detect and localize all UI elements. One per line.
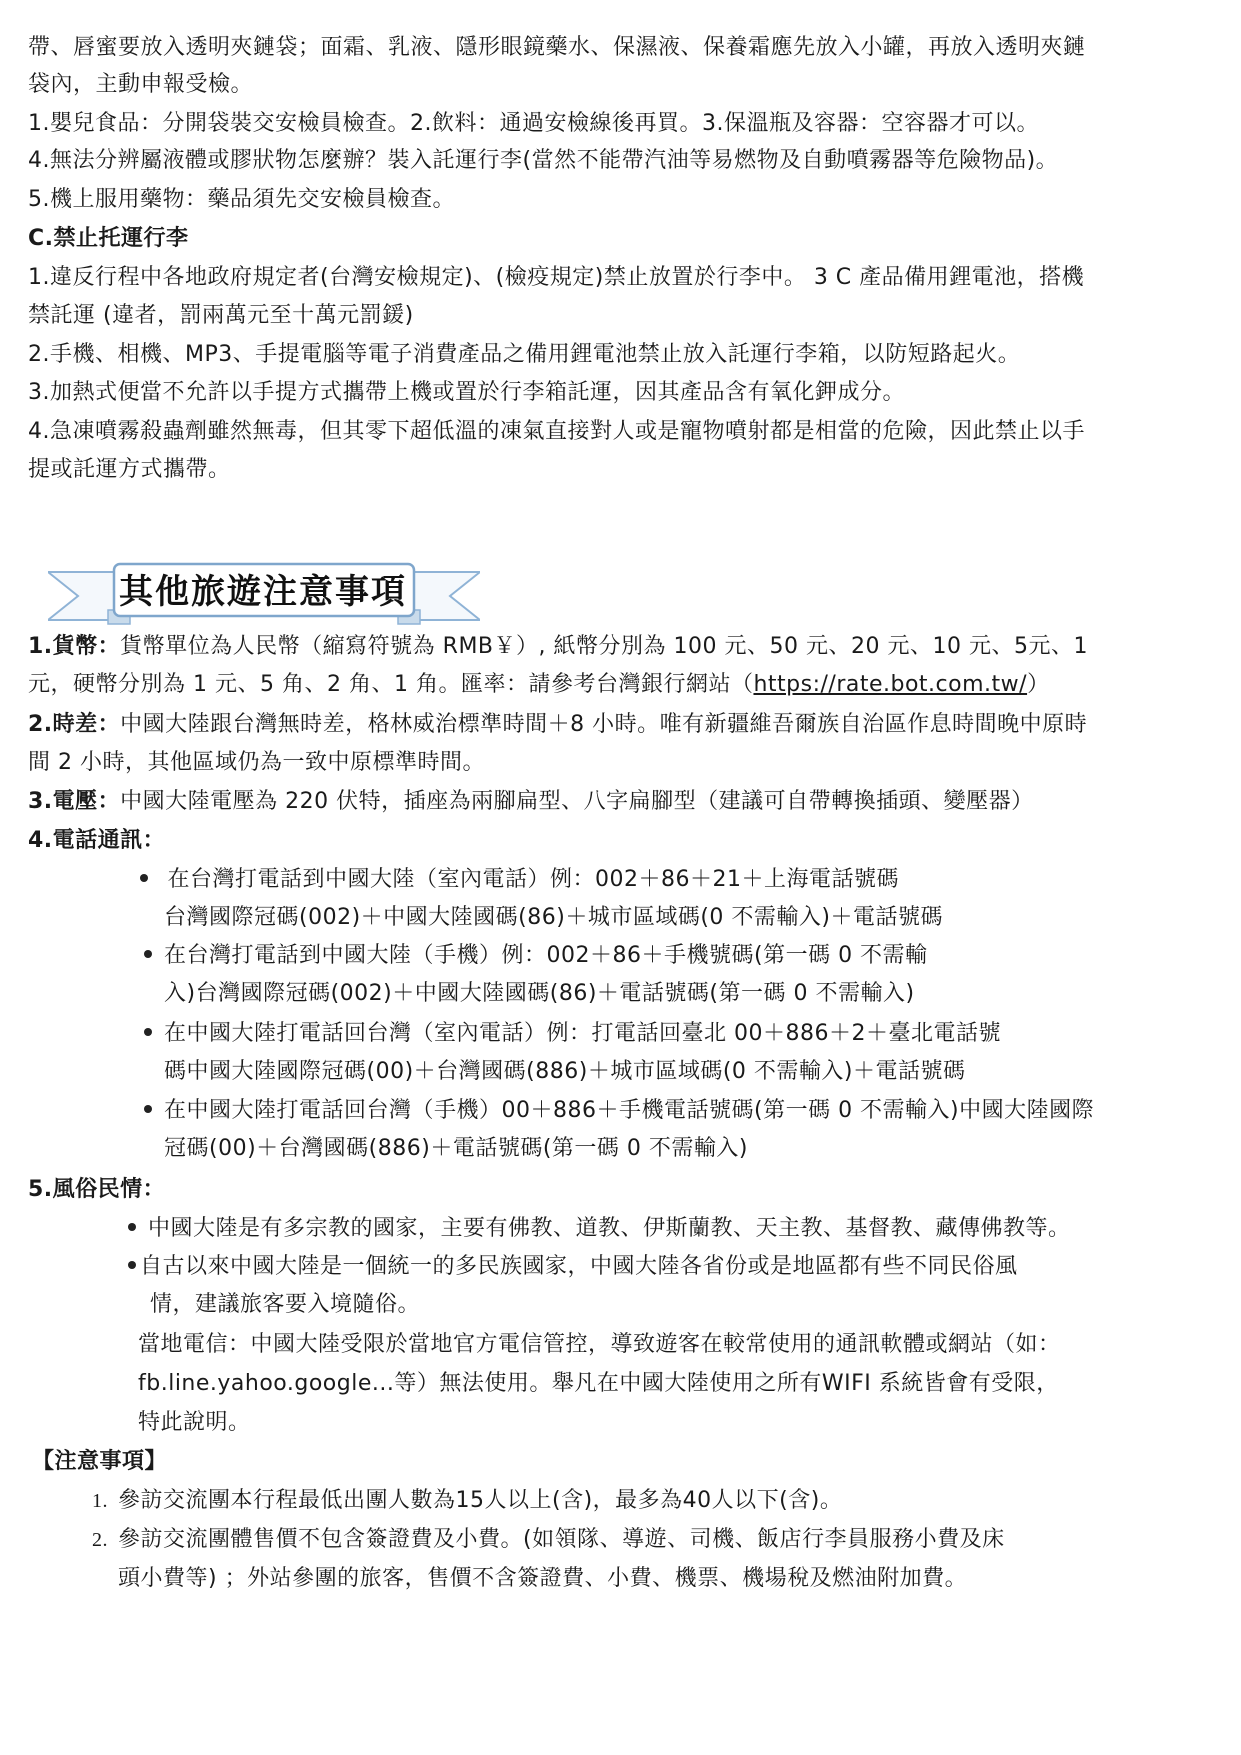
note-text: 參訪交流團體售價不包含簽證費及小費。(如領隊、導遊、司機、飯店行李員服務小費及床 — [118, 1527, 1005, 1552]
customs-item: 自古以來中國大陸是一個統一的多民族國家，中國大陸各省份或是地區都有些不同民俗風 — [128, 1252, 1018, 1282]
timezone-label: 2.時差： — [28, 712, 120, 737]
note-text: 參訪交流團本行程最低出團人數為15人以上(含)，最多為40人以下(含)。 — [118, 1488, 842, 1513]
voltage-label: 3.電壓： — [28, 789, 120, 814]
currency-text: 貨幣單位為人民幣（縮寫符號為 RMB￥）, 紙幣分別為 100 元、50 元、2… — [120, 634, 1088, 659]
telecom-item: 在中國大陸打電話回台灣（室內電話）例：打電話回臺北 00＋886＋2＋臺北電話號 — [144, 1019, 1001, 1049]
customs-item: 中國大陸是有多宗教的國家，主要有佛教、道教、伊斯蘭教、天主教、基督教、藏傳佛教等… — [128, 1214, 1071, 1244]
currency-label: 1.貨幣： — [28, 634, 120, 659]
body-text-line: 帶、唇蜜要放入透明夾鏈袋；面霜、乳液、隱形眼鏡藥水、保濕液、保養霜應先放入小罐，… — [28, 33, 1086, 63]
body-text-line: 提或託運方式攜帶。 — [28, 455, 231, 485]
body-text-line: 袋內，主動申報受檢。 — [28, 70, 253, 100]
timezone-line-2: 間 2 小時，其他區域仍為一致中原標準時間。 — [28, 748, 485, 778]
body-text-line: 3.加熱式便當不允許以手提方式攜帶上機或置於行李箱託運，因其產品含有氧化鉀成分。 — [28, 378, 905, 408]
timezone-line-1: 2.時差：中國大陸跟台灣無時差，格林威治標準時間＋8 小時。唯有新疆維吾爾族自治… — [28, 710, 1087, 740]
body-text-line: 1.嬰兒食品：分開袋裝交安檢員檢查。2.飲料：通過安檢線後再買。3.保溫瓶及容器… — [28, 109, 1039, 139]
telecom-item-line2: 冠碼(00)＋台灣國碼(886)＋電話號碼(第一碼 0 不需輸入) — [164, 1134, 748, 1164]
currency-text: 元，硬幣分別為 1 元、5 角、2 角、1 角。匯率：請參考台灣銀行網站（ — [28, 672, 753, 697]
telecom-item-line2: 台灣國際冠碼(002)＋中國大陸國碼(86)＋城市區域碼(0 不需輸入)＋電話號… — [164, 903, 943, 933]
telecom-item: 在中國大陸打電話回台灣（手機）00＋886＋手機電話號碼(第一碼 0 不需輸入)… — [144, 1096, 1094, 1126]
banner-title: 其他旅遊注意事項 — [118, 570, 408, 614]
body-text-line: 禁託運 (違者，罰兩萬元至十萬元罰鍰) — [28, 301, 414, 331]
notes-title: 【注意事項】 — [32, 1447, 167, 1477]
customs-label: 5.風俗民情： — [28, 1175, 165, 1205]
currency-line-2: 元，硬幣分別為 1 元、5 角、2 角、1 角。匯率：請參考台灣銀行網站（htt… — [28, 670, 1050, 700]
body-text-line: 1.違反行程中各地政府規定者(台灣安檢規定)、(檢疫規定)禁止放置於行李中。 3… — [28, 263, 1084, 293]
note-item-line2: 頭小費等) ；外站參團的旅客，售價不含簽證費、小費、機票、機場稅及燃油附加費。 — [118, 1564, 967, 1594]
body-text-line: 4.急凍噴霧殺蟲劑雖然無毒，但其零下超低溫的凍氣直接對人或是寵物噴射都是相當的危… — [28, 417, 1085, 447]
telecom-item-text: 在台灣打電話到中國大陸（手機）例：002＋86＋手機號碼(第一碼 0 不需輸 — [164, 943, 928, 968]
body-text-line: 5.機上服用藥物：藥品須先交安檢員檢查。 — [28, 185, 455, 215]
note-number: 2. — [92, 1525, 118, 1555]
bullet-icon — [128, 1223, 136, 1231]
telecom-item: 在台灣打電話到中國大陸（室內電話）例：002＋86＋21＋上海電話號碼 — [140, 865, 899, 895]
bullet-icon — [140, 874, 148, 882]
exchange-rate-link[interactable]: https://rate.bot.com.tw/ — [753, 672, 1027, 697]
note-item: 2.參訪交流團體售價不包含簽證費及小費。(如領隊、導遊、司機、飯店行李員服務小費… — [92, 1525, 1005, 1555]
body-text-line: 4.無法分辨屬液體或膠狀物怎麼辦？裝入託運行李(當然不能帶汽油等易燃物及自動噴霧… — [28, 146, 1058, 176]
telecom-item: 在台灣打電話到中國大陸（手機）例：002＋86＋手機號碼(第一碼 0 不需輸 — [144, 941, 928, 971]
telecom-item-text: 在中國大陸打電話回台灣（手機）00＋886＋手機電話號碼(第一碼 0 不需輸入)… — [164, 1098, 1094, 1123]
telecom-item-line2: 入)台灣國際冠碼(002)＋中國大陸國碼(86)＋電話號碼(第一碼 0 不需輸入… — [164, 979, 915, 1009]
note-item: 1.參訪交流團本行程最低出團人數為15人以上(含)，最多為40人以下(含)。 — [92, 1486, 842, 1516]
bullet-icon — [144, 1028, 152, 1036]
telecom-item-text: 在中國大陸打電話回台灣（室內電話）例：打電話回臺北 00＋886＋2＋臺北電話號 — [164, 1021, 1001, 1046]
voltage-text: 中國大陸電壓為 220 伏特，插座為兩腳扁型、八字扁腳型（建議可自帶轉換插頭、變… — [120, 789, 1033, 814]
telecom-note-line: fb.line.yahoo.google...等）無法使用。舉凡在中國大陸使用之… — [138, 1369, 1059, 1399]
body-text-line: 2.手機、相機、MP3、手提電腦等電子消費產品之備用鋰電池禁止放入託運行李箱，以… — [28, 340, 1020, 370]
voltage-line: 3.電壓：中國大陸電壓為 220 伏特，插座為兩腳扁型、八字扁腳型（建議可自帶轉… — [28, 787, 1034, 817]
telecom-label: 4.電話通訊： — [28, 826, 165, 856]
section-heading-prohibited-luggage: C.禁止托運行李 — [28, 224, 189, 254]
timezone-text: 中國大陸跟台灣無時差，格林威治標準時間＋8 小時。唯有新疆維吾爾族自治區作息時間… — [120, 712, 1087, 737]
customs-item-line2: 情，建議旅客要入境隨俗。 — [150, 1290, 420, 1320]
customs-item-text: 自古以來中國大陸是一個統一的多民族國家，中國大陸各省份或是地區都有些不同民俗風 — [140, 1254, 1018, 1279]
telecom-note-line: 特此說明。 — [138, 1408, 251, 1438]
customs-item-text: 中國大陸是有多宗教的國家，主要有佛教、道教、伊斯蘭教、天主教、基督教、藏傳佛教等… — [148, 1216, 1071, 1241]
bullet-icon — [144, 1105, 152, 1113]
currency-line-1: 1.貨幣：貨幣單位為人民幣（縮寫符號為 RMB￥）, 紙幣分別為 100 元、5… — [28, 632, 1088, 662]
section-banner: 其他旅遊注意事項 — [48, 562, 480, 632]
telecom-item-text: 在台灣打電話到中國大陸（室內電話）例：002＋86＋21＋上海電話號碼 — [160, 867, 899, 892]
bullet-icon — [144, 950, 152, 958]
currency-text: ） — [1027, 672, 1050, 697]
telecom-note-line: 當地電信：中國大陸受限於當地官方電信管控，導致遊客在較常使用的通訊軟體或網站（如… — [138, 1330, 1061, 1360]
bullet-icon — [128, 1261, 136, 1269]
note-number: 1. — [92, 1486, 118, 1516]
telecom-item-line2: 碼中國大陸國際冠碼(00)＋台灣國碼(886)＋城市區域碼(0 不需輸入)＋電話… — [164, 1057, 965, 1087]
